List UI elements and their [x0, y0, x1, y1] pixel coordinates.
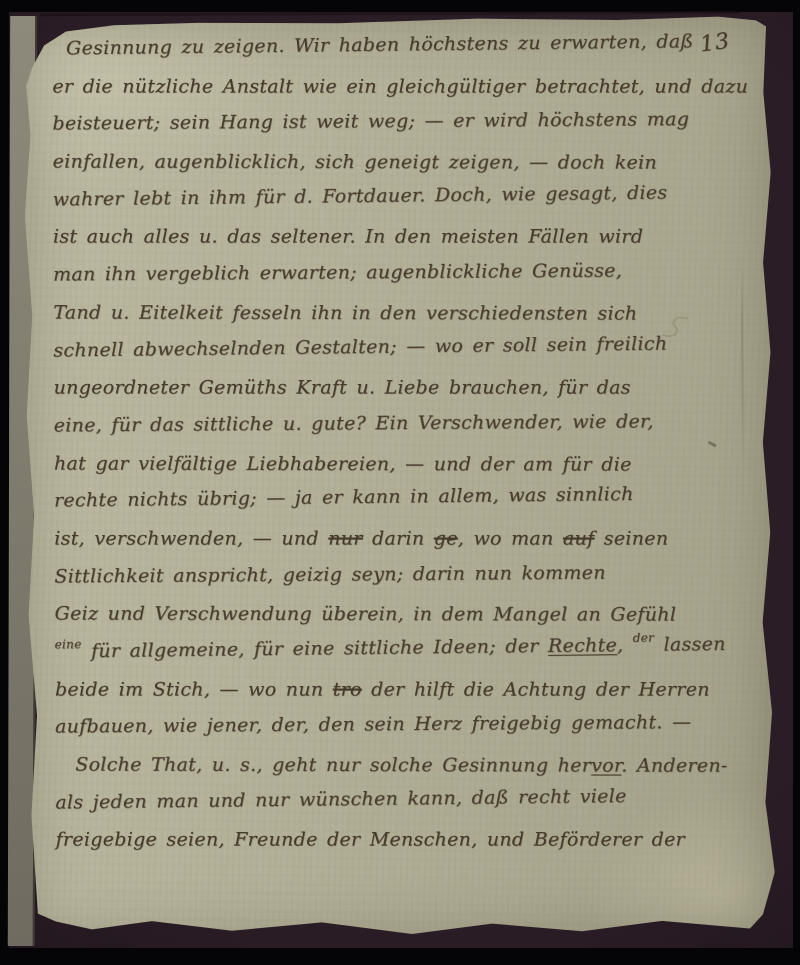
handwriting-line: eine, für das sittliche u. gute? Ein Ver…	[54, 409, 754, 452]
handwriting-line: beide im Stich, — wo nun tro der hilft d…	[55, 678, 755, 716]
handwriting-line: wahrer lebt in ihm für d. Fortdauer. Doc…	[53, 180, 753, 226]
handwriting-line: aufbauen, wie jener, der, den sein Herz …	[55, 711, 755, 754]
handwriting-line: eine für allgemeine, für eine sittliche …	[55, 633, 755, 679]
struck-word: nur	[328, 527, 362, 549]
inserted-word: eine	[55, 637, 82, 651]
handwriting-text: seinen	[594, 527, 668, 549]
handwriting-text: beisteuert; sein Hang ist weit weg; — er…	[52, 108, 689, 134]
handwriting-text: . Anderen-	[621, 755, 727, 777]
handwriting-line: Sittlichkeit anspricht, geizig seyn; dar…	[54, 560, 754, 603]
struck-word: ge	[434, 527, 458, 549]
handwriting-line: ungeordneter Gemüths Kraft u. Liebe brau…	[54, 377, 754, 415]
handwriting-text: aufbauen, wie jener, der, den sein Herz …	[55, 711, 691, 737]
handwriting-text: darin	[363, 527, 434, 549]
handwriting-line: ist auch alles u. das seltener. In den m…	[53, 226, 753, 264]
handwriting-line: beisteuert; sein Hang ist weit weg; — er…	[52, 108, 752, 151]
handwriting-text: ist auch alles u. das seltener. In den m…	[53, 226, 643, 248]
handwriting-text: lassen	[654, 633, 726, 656]
handwriting-text: eine, für das sittliche u. gute? Ein Ver…	[54, 410, 654, 436]
handwriting-text: ist, verschwenden, — und	[54, 527, 328, 549]
inserted-word: der	[633, 631, 655, 645]
handwriting-text: Tand u. Eitelkeit fesseln ihn in den ver…	[53, 301, 637, 324]
handwriting-line: ist, verschwenden, — und nur darin ge, w…	[54, 527, 754, 565]
handwriting-line: als jeden man und nur wünschen kann, daß…	[55, 783, 755, 829]
handwriting-text: Geiz und Verschwendung überein, in dem M…	[55, 603, 677, 626]
handwriting-text: , wo man	[458, 527, 563, 549]
handwriting-line: er die nützliche Anstalt wie ein gleichg…	[52, 75, 752, 113]
handwriting-text: der hilft die Achtung der Herren	[362, 678, 710, 700]
handwriting-text: hat gar vielfältige Liebhabereien, — und…	[54, 452, 632, 475]
handwriting-text: beide im Stich, — wo nun	[55, 678, 333, 700]
handwriting-line: rechte nichts übrig; — ja er kann in all…	[54, 482, 754, 528]
photo-frame: 13 Gesinnung zu zeigen. Wir haben höchst…	[0, 0, 800, 965]
handwriting-text: ,	[617, 634, 633, 656]
handwriting-text: man ihn vergeblich erwarten; augenblickl…	[53, 260, 622, 286]
handwriting-text: für allgemeine, für eine sittliche Ideen…	[82, 635, 549, 662]
handwriting-text: Solche That, u. s., geht nur solche Gesi…	[75, 754, 591, 777]
underlined-word: vor	[591, 754, 621, 776]
handwriting-text: Sittlichkeit anspricht, geizig seyn; dar…	[54, 561, 605, 587]
handwriting-text: ungeordneter Gemüths Kraft u. Liebe brau…	[54, 377, 631, 399]
handwriting-text: einfallen, augenblicklich, sich geneigt …	[53, 151, 657, 174]
handwriting-line: freigebige seien, Freunde der Menschen, …	[56, 829, 756, 867]
struck-word: auf	[563, 527, 595, 549]
handwriting-text: Gesinnung zu zeigen. Wir haben höchstens…	[66, 30, 694, 59]
handwriting-line: Gesinnung zu zeigen. Wir haben höchstens…	[52, 30, 752, 76]
handwriting-text: freigebige seien, Freunde der Menschen, …	[56, 829, 685, 851]
handwriting-text: er die nützliche Anstalt wie ein gleichg…	[52, 75, 748, 97]
handwriting-lines: Gesinnung zu zeigen. Wir haben höchstens…	[52, 34, 756, 866]
underlined-word: Rechte	[548, 634, 617, 657]
handwriting-line: man ihn vergeblich erwarten; augenblickl…	[53, 259, 753, 302]
struck-word: tro	[333, 678, 362, 700]
manuscript-page: 13 Gesinnung zu zeigen. Wir haben höchst…	[18, 12, 778, 945]
faint-squiggle-mark	[649, 313, 709, 363]
